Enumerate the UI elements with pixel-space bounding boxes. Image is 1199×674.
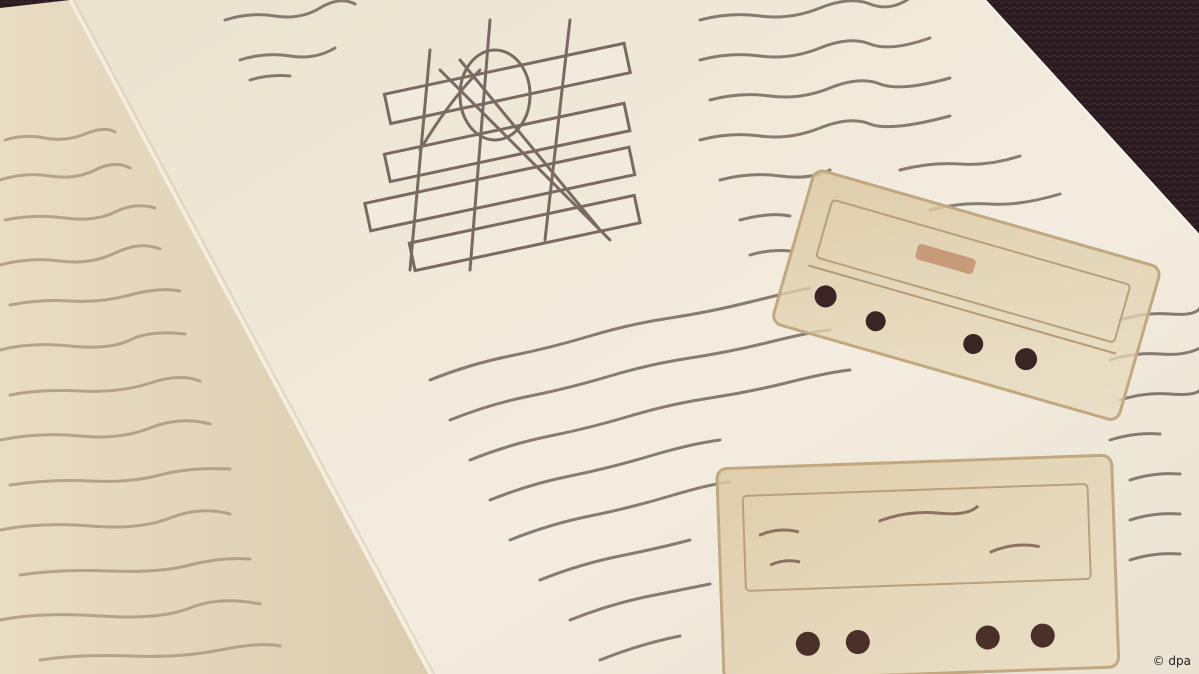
photo-credit: © dpa <box>1153 654 1191 668</box>
cassette-bottom <box>717 455 1119 674</box>
photo: © dpa <box>0 0 1199 674</box>
notebook-photo-scene <box>0 0 1199 674</box>
